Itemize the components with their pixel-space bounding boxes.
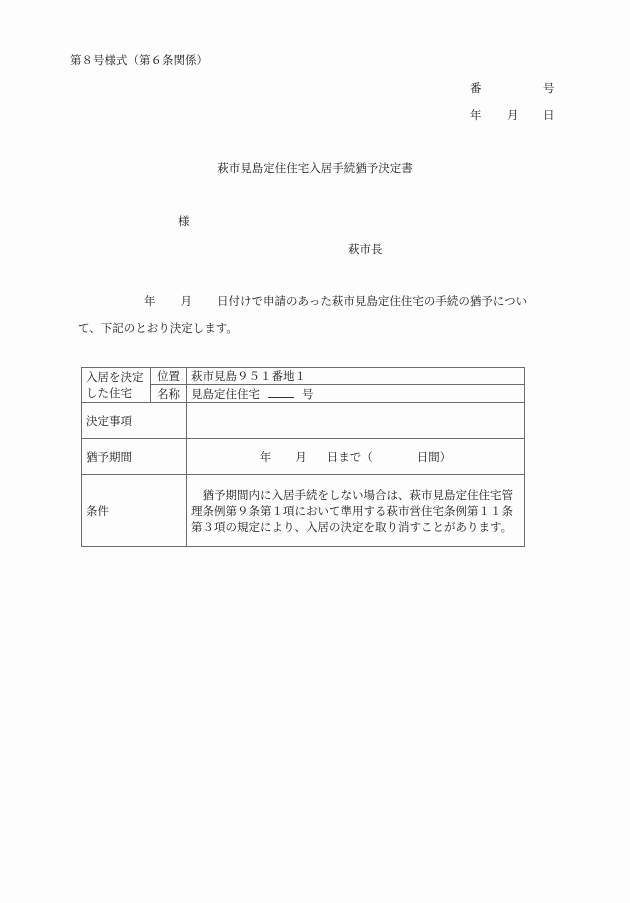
table-row-period: 猶予期間 年月日まで（日間） [82, 439, 525, 475]
body-paragraph-line1: 年月日付けで申請のあった萩市見島定住住宅の手続の猶予につい [144, 293, 527, 309]
date-year-label: 年 [470, 107, 482, 123]
name-value-cell: 見島定住住宅号 [187, 385, 525, 403]
document-number-label: 番 [470, 80, 482, 96]
housing-label-line2: した住宅 [86, 385, 146, 401]
period-until: 日まで（ [327, 450, 373, 464]
decision-value [187, 403, 525, 439]
table-row-decision: 決定事項 [82, 403, 525, 439]
name-label: 名称 [151, 385, 187, 403]
date-month-label: 月 [507, 107, 519, 123]
name-value-suffix: 号 [302, 387, 314, 401]
period-month: 月 [295, 450, 307, 464]
document-number-suffix: 号 [543, 80, 555, 96]
location-label: 位置 [151, 368, 187, 385]
date-day-label: 日 [543, 107, 555, 123]
period-days: 日間） [417, 450, 452, 464]
location-value: 萩市見島９５１番地１ [187, 368, 525, 385]
period-year: 年 [260, 450, 272, 464]
issuer-name: 萩市長 [348, 241, 383, 257]
body-month: 月 [181, 294, 193, 308]
housing-label-cell: 入居を決定 した住宅 [82, 368, 151, 403]
body-year: 年 [144, 294, 156, 308]
period-label: 猶予期間 [82, 439, 187, 475]
document-title: 萩市見島定住住宅入居手続猶予決定書 [0, 160, 630, 176]
form-number-label: 第８号様式（第６条関係） [70, 52, 208, 68]
name-value-prefix: 見島定住住宅 [191, 387, 260, 401]
body-text-rest: 日付けで申請のあった萩市見島定住住宅の手続の猶予につい [217, 294, 527, 308]
table-row-condition: 条件 猶予期間内に入居手続をしない場合は、萩市見島定住住宅管理条例第９条第１項に… [82, 475, 525, 547]
addressee-honorific: 様 [178, 213, 190, 229]
decision-table: 入居を決定 した住宅 位置 萩市見島９５１番地１ 名称 見島定住住宅号 決定事項… [81, 367, 525, 547]
condition-label: 条件 [82, 475, 187, 547]
decision-label: 決定事項 [82, 403, 187, 439]
table-row-location: 入居を決定 した住宅 位置 萩市見島９５１番地１ [82, 368, 525, 385]
room-number-blank [268, 385, 294, 398]
housing-label-line1: 入居を決定 [86, 369, 146, 385]
period-value-cell: 年月日まで（日間） [187, 439, 525, 475]
body-paragraph-line2: て、下記のとおり決定します。 [78, 320, 238, 336]
condition-text: 猶予期間内に入居手続をしない場合は、萩市見島定住住宅管理条例第９条第１項において… [187, 475, 525, 547]
